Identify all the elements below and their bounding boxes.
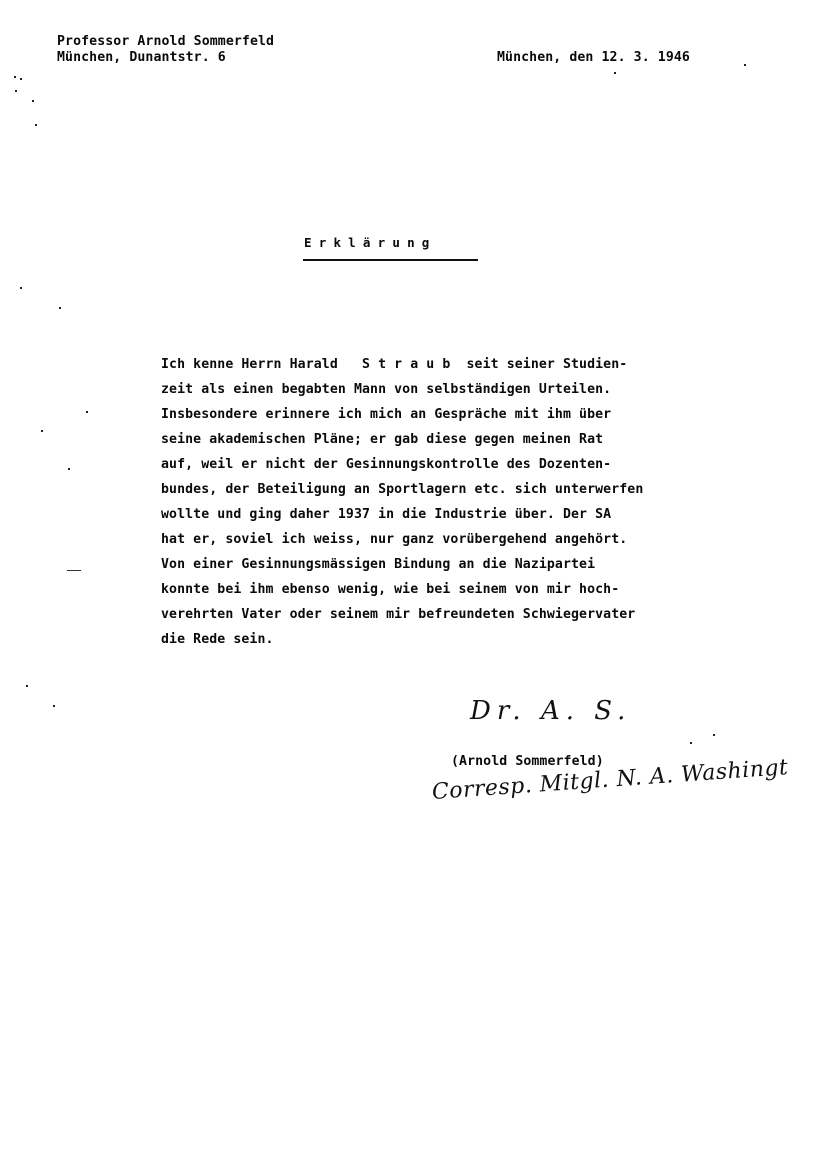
letter-body: Ich kenne Herrn Harald S t r a u b seit … [161,356,643,656]
sender-name: Professor Arnold Sommerfeld [57,34,274,49]
scan-speck [68,468,70,470]
scan-speck [744,64,746,66]
body-line: Ich kenne Herrn Harald S t r a u b seit … [161,356,643,381]
scan-speck [14,76,16,78]
scan-speck [20,287,22,289]
scan-speck [41,430,43,432]
scan-speck [690,742,692,744]
body-line: zeit als einen begabten Mann von selbstä… [161,381,643,406]
document-title: Erklärung [304,235,437,250]
letter-page: Professor Arnold Sommerfeld München, Dun… [0,0,822,1169]
body-line: Insbesondere erinnere ich mich an Gesprä… [161,406,643,431]
scan-speck [26,685,28,687]
body-line: verehrten Vater oder seinem mir befreund… [161,606,643,631]
body-line: bundes, der Beteiligung an Sportlagern e… [161,481,643,506]
body-line: hat er, soviel ich weiss, nur ganz vorüb… [161,531,643,556]
scan-speck [32,100,34,102]
scan-speck [53,705,55,707]
body-line: wollte und ging daher 1937 in die Indust… [161,506,643,531]
body-line: seine akademischen Pläne; er gab diese g… [161,431,643,456]
place-date: München, den 12. 3. 1946 [497,50,690,65]
scan-speck [713,734,715,736]
title-underline [303,259,478,261]
handwritten-initials: Dr. A. S. [470,696,631,726]
scan-mark [67,570,81,571]
body-line: auf, weil er nicht der Gesinnungskontrol… [161,456,643,481]
scan-speck [614,72,616,74]
typed-signature: (Arnold Sommerfeld) [451,754,604,769]
body-line: die Rede sein. [161,631,643,656]
scan-speck [59,307,61,309]
scan-speck [20,78,22,80]
body-line: konnte bei ihm ebenso wenig, wie bei sei… [161,581,643,606]
body-line: Von einer Gesinnungsmässigen Bindung an … [161,556,643,581]
sender-address: München, Dunantstr. 6 [57,50,226,65]
scan-speck [15,90,17,92]
scan-speck [35,124,37,126]
scan-speck [86,411,88,413]
